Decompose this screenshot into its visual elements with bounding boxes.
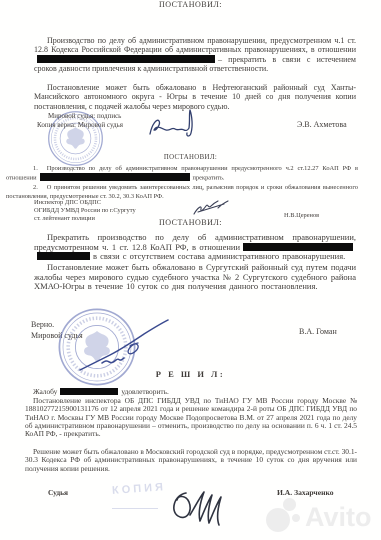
judge-name: И.А. Захарченко bbox=[277, 488, 334, 497]
section3-heading: ПОСТАНОВИЛ: bbox=[0, 218, 381, 227]
judge-name: В.А. Гоман bbox=[299, 327, 337, 336]
avito-logo-circle bbox=[283, 498, 296, 511]
copy-true-label: Копия верна: Мировой судья bbox=[37, 121, 123, 130]
redaction-bar bbox=[40, 173, 190, 181]
judge-signature bbox=[160, 485, 232, 527]
avito-wordmark: Avito bbox=[305, 502, 372, 532]
section4-paragraph-2: Постановление инспектора ОБ ДПС ГИБДД УВ… bbox=[25, 397, 357, 438]
copy-stamp-line bbox=[112, 508, 158, 509]
avito-logo-circle bbox=[266, 508, 290, 532]
inspector-signature bbox=[188, 198, 236, 220]
paragraph-text: прекратить. bbox=[193, 175, 225, 182]
judge-signature bbox=[146, 104, 204, 144]
avito-logo-circle bbox=[292, 514, 300, 522]
section4-paragraph-3: Решение может быть обжаловано в Московск… bbox=[25, 448, 357, 473]
item-number: 2. bbox=[33, 184, 38, 191]
copy-stamp: КОПИЯ bbox=[112, 481, 167, 497]
section3-paragraph-2: Постановление может быть обжаловано в Су… bbox=[34, 263, 356, 292]
paragraph-text: в связи с отсутствием состава администра… bbox=[93, 251, 345, 261]
section1-heading: ПОСТАНОВИЛ: bbox=[0, 0, 381, 9]
section1-paragraph-1: Производство по делу об административном… bbox=[34, 36, 356, 73]
avito-watermark: Avito bbox=[266, 498, 372, 532]
court-document-scan: ПОСТАНОВИЛ: Производство по делу об адми… bbox=[0, 0, 381, 540]
item-number: 1. bbox=[33, 165, 38, 172]
redaction-bar bbox=[37, 252, 90, 260]
section2-item-1: 1.Производство по делу об административн… bbox=[6, 164, 358, 183]
section4-heading: Р Е Ш И Л: bbox=[0, 369, 381, 379]
inspector-title-line: Инспектор ДПС ОБДПС bbox=[34, 199, 136, 207]
judge-label: Судья bbox=[48, 488, 68, 497]
judge-name: Э.В. Ахметова bbox=[297, 120, 347, 129]
redaction-bar bbox=[60, 388, 118, 395]
section2-heading: ПОСТАНОВИЛ: bbox=[0, 154, 381, 161]
judge-signature-label: Мировой судья: подпись bbox=[37, 112, 123, 121]
avito-logo bbox=[266, 498, 302, 532]
paragraph-text: О принятом решении уведомить заинтересов… bbox=[6, 184, 358, 200]
paragraph-text: Жалобу bbox=[33, 387, 57, 396]
redaction-bar bbox=[37, 55, 215, 63]
paragraph-text: удовлетворить. bbox=[121, 387, 169, 396]
paragraph-text: Производство по делу об административном… bbox=[34, 36, 356, 54]
section1-signature-labels: Мировой судья: подпись Копия верна: Миро… bbox=[37, 112, 123, 130]
redaction-bar bbox=[243, 243, 353, 251]
section3-paragraph-1: Прекратить производство по делу об админ… bbox=[34, 233, 356, 262]
inspector-title-line: ОГИБДД УМВД России по г.Сургуту bbox=[34, 207, 136, 215]
